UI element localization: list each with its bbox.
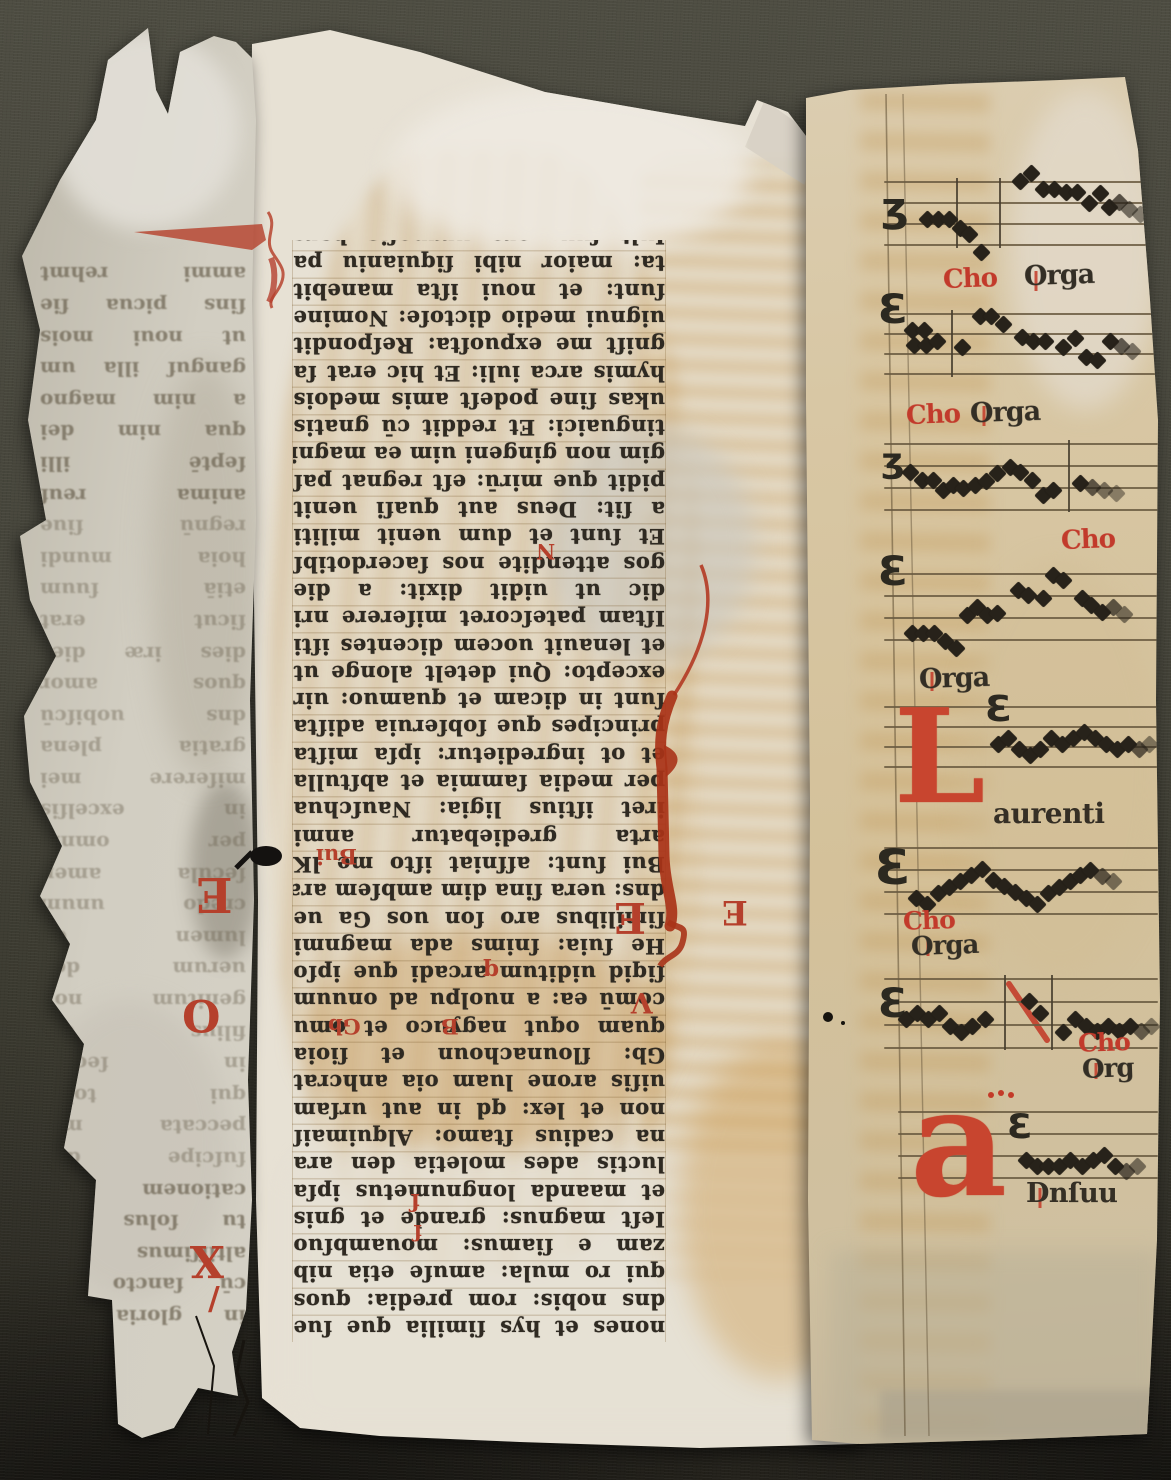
barline	[1051, 975, 1053, 1050]
choir-label: Cho	[1061, 526, 1116, 554]
red-dot	[1008, 1092, 1014, 1098]
organ-label: Orga	[970, 398, 1041, 427]
barline	[999, 178, 1001, 248]
barline	[1004, 975, 1006, 1050]
staff-line	[884, 509, 1158, 511]
organ-label: Orga	[1024, 261, 1095, 290]
staff-line	[884, 869, 1158, 871]
staff-line	[884, 573, 1158, 575]
staff-line	[884, 373, 1158, 375]
chant-lyric: aurenti	[993, 800, 1105, 828]
choir-label: Cho	[943, 265, 998, 293]
staff-line	[884, 617, 1158, 619]
c-clef-icon: Ɛ	[875, 844, 911, 892]
staff-line	[884, 244, 1158, 246]
choir-label: Cho	[1078, 1029, 1131, 1056]
staff-line	[884, 443, 1158, 445]
staff-line	[884, 978, 1158, 980]
staff-line	[884, 313, 1158, 315]
barline	[1068, 440, 1070, 512]
lombardic-initial: L	[894, 702, 985, 813]
custos-icon: ʒ	[881, 188, 909, 228]
c-clef-icon: Ɛ	[878, 552, 908, 592]
organ-label: Org	[1082, 1055, 1134, 1083]
c-clef-icon: Ɛ	[985, 692, 1012, 728]
c-clef-icon: Ɛ	[878, 290, 908, 330]
choir-label: Cho	[906, 401, 961, 429]
barline	[951, 310, 953, 377]
chant-lyric: Dnſuu	[1026, 1180, 1117, 1207]
lombardic-initial: a	[910, 1080, 1007, 1208]
c-clef-icon: Ɛ	[1007, 1110, 1033, 1144]
manuscript-photo: nones et hys ſimilia que ſuedns nobis: r…	[0, 0, 1171, 1480]
organ-label: Orga	[911, 932, 979, 960]
barline	[956, 178, 958, 248]
staff-line	[884, 847, 1158, 849]
